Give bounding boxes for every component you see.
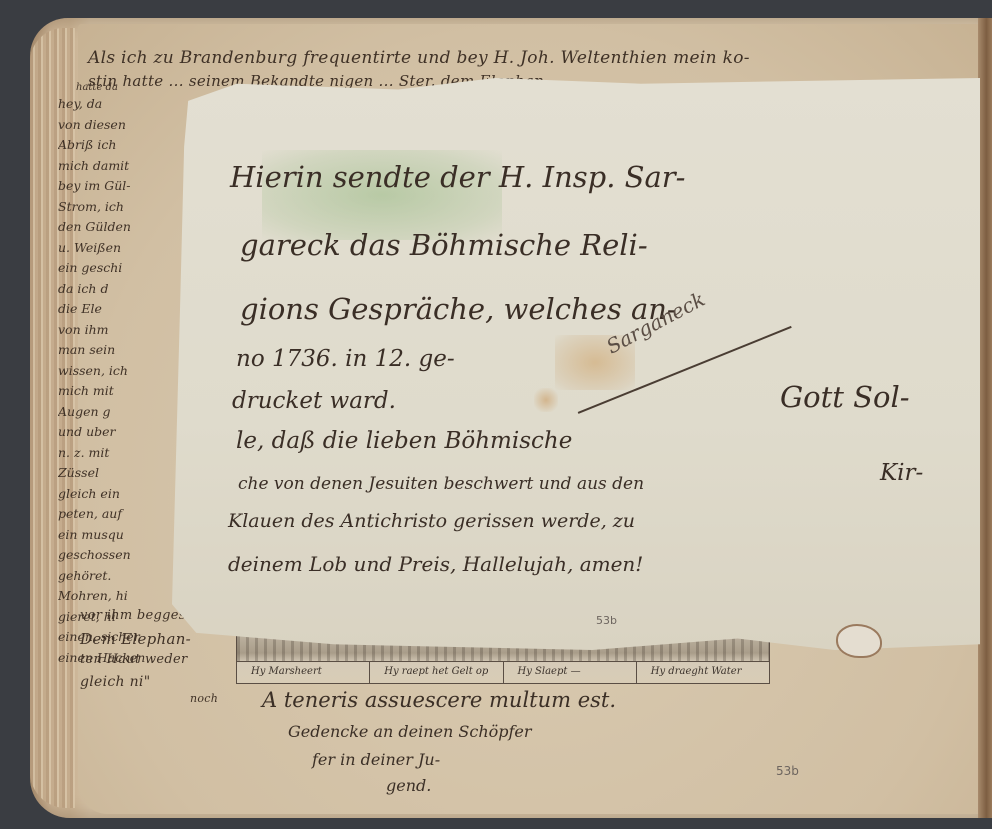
slip-line: che von denen Jesuiten beschwert und aus… [238, 474, 644, 494]
brown-stain [534, 388, 558, 412]
margin-line: ein musqu [58, 525, 176, 546]
slip-line: Kir- [880, 460, 923, 486]
bottom-line: Gedencke an deinen Schöpfer [288, 722, 532, 741]
bottom-line: A teneris assuescere multum est. [262, 688, 616, 712]
slip-line: deinem Lob und Preis, Hallelujah, amen! [228, 552, 643, 576]
margin-line: mich mit [58, 381, 176, 402]
bottom-line: fer in deiner Ju- [312, 750, 440, 769]
margin-line: Strom, ich [58, 197, 176, 218]
margin-line: gleich ni" [80, 674, 150, 690]
margin-line: und uber [58, 422, 176, 443]
slip-line: no 1736. in 12. ge- [236, 346, 455, 372]
margin-line: hey, da [58, 94, 176, 115]
margin-line: da ich d [58, 279, 176, 300]
margin-line: Dem Elephan- [80, 630, 191, 648]
engraving-caption: Hy draeght Water [637, 662, 769, 683]
margin-line: Augen g [58, 402, 176, 423]
slip-folio-mark: 53b [596, 614, 617, 627]
margin-line: Mohren, hi [58, 586, 176, 607]
bottom-line: gend. [386, 776, 431, 795]
margin-line: ein geschi [58, 258, 176, 279]
margin-line: n. z. mit [58, 443, 176, 464]
margin-line: Züssel [58, 463, 176, 484]
top-line-1: Als ich zu Brandenburg frequentirte und … [88, 48, 750, 68]
margin-line: die Ele [58, 299, 176, 320]
left-margin-text: hatte da hey, da von diesen Abriß ich mi… [58, 82, 176, 668]
margin-line: Abriß ich [58, 135, 176, 156]
margin-line: mich damit [58, 156, 176, 177]
margin-line: noch [190, 692, 218, 705]
margin-line: peten, auf [58, 504, 176, 525]
engraving-caption: Hy Slaept — [504, 662, 637, 683]
slip-line: gareck das Böhmische Reli- [240, 228, 648, 262]
margin-line: wissen, ich [58, 361, 176, 382]
slip-line: Klauen des Antichristo gerissen werde, z… [228, 510, 635, 532]
margin-line: von diesen [58, 115, 176, 136]
margin-line: hatte da [58, 82, 176, 94]
engraving-caption: Hy Marsheert [237, 662, 370, 683]
margin-line: von ihm [58, 320, 176, 341]
slip-line: Gott Sol- [780, 380, 910, 414]
book-spine [978, 18, 992, 818]
margin-line: den Gülden [58, 217, 176, 238]
margin-line: gehöret. [58, 566, 176, 587]
margin-line: ten Haut weder [80, 652, 188, 667]
slip-line: drucket ward. [232, 388, 396, 414]
slip-line: le, daß die lieben Böhmische [236, 428, 572, 454]
paper-tear [836, 624, 882, 658]
margin-line: geschossen [58, 545, 176, 566]
margin-line: u. Weißen [58, 238, 176, 259]
engraving-caption: Hy raept het Gelt op [370, 662, 503, 683]
margin-line: man sein [58, 340, 176, 361]
margin-line: bey im Gül- [58, 176, 176, 197]
margin-line: gleich ein [58, 484, 176, 505]
slip-line: gions Gespräche, welches an- [240, 292, 677, 326]
slip-line: Hierin sendte der H. Insp. Sar- [230, 160, 685, 194]
page-number: 53b [776, 764, 799, 778]
